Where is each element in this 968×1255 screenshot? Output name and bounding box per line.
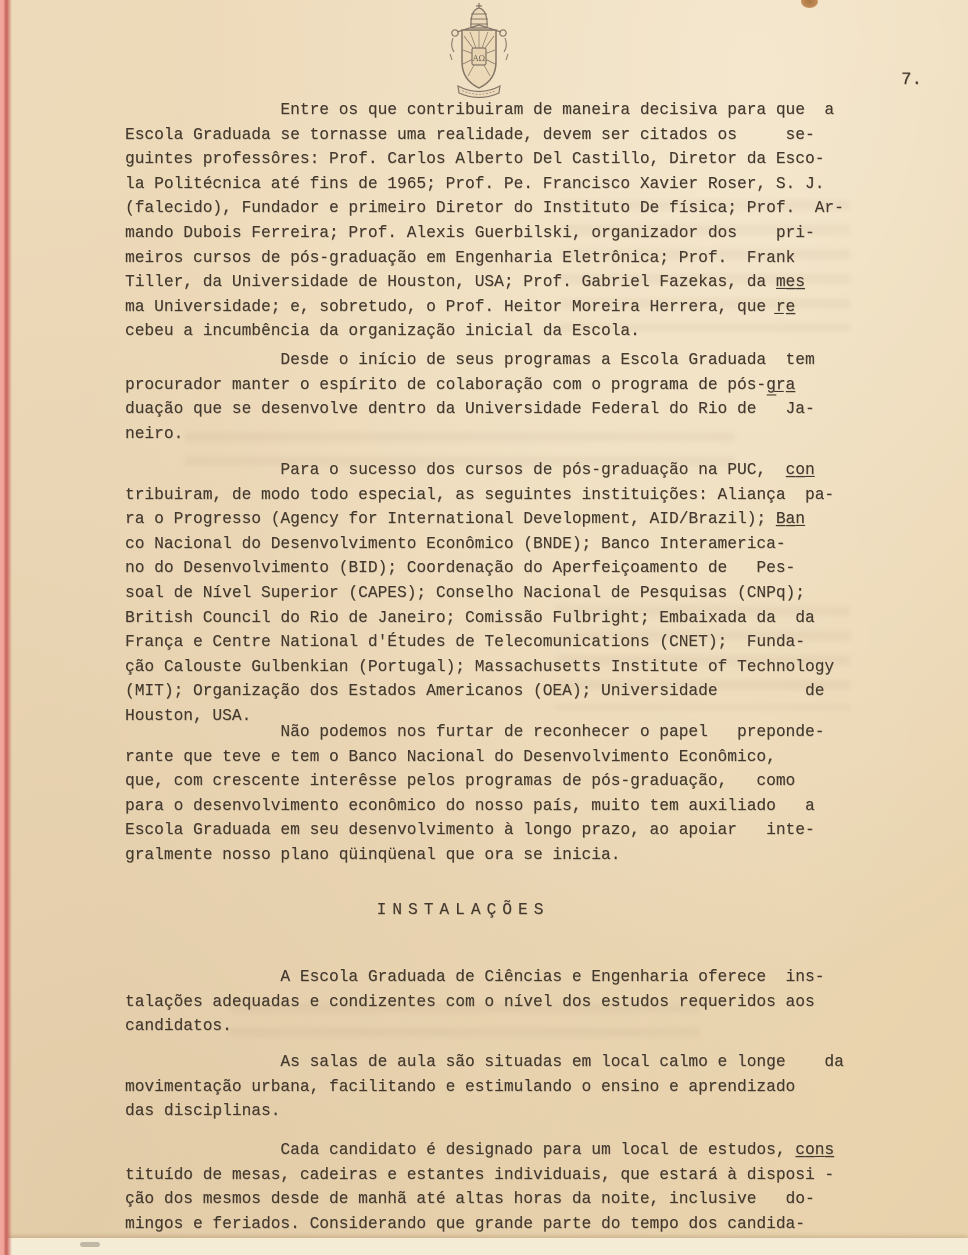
scanned-document-page: ΑΩ 7. Entre os que contribuiram de manei… [0, 0, 968, 1255]
ink-bleedthrough [560, 192, 850, 332]
crest-monogram: ΑΩ [472, 54, 486, 63]
paragraph-bnde: Não podemos nos furtar de reconhecer o p… [125, 720, 824, 868]
paragraph-study-space: Cada candidato é designado para um local… [125, 1138, 834, 1236]
paragraph-classrooms: As salas de aula são situadas em local c… [125, 1050, 844, 1124]
page-bottom-edge [0, 1238, 968, 1255]
ink-bleedthrough [230, 995, 700, 1037]
section-heading: INSTALAÇÕES [101, 898, 825, 923]
ink-bleedthrough [185, 424, 735, 466]
ink-bleedthrough [555, 598, 850, 710]
page-left-edge [0, 0, 13, 1255]
stain-mark [801, 0, 818, 8]
puc-coat-of-arms-icon: ΑΩ [440, 2, 518, 100]
page-number: 7. [901, 68, 922, 93]
smudge-mark [80, 1242, 100, 1247]
